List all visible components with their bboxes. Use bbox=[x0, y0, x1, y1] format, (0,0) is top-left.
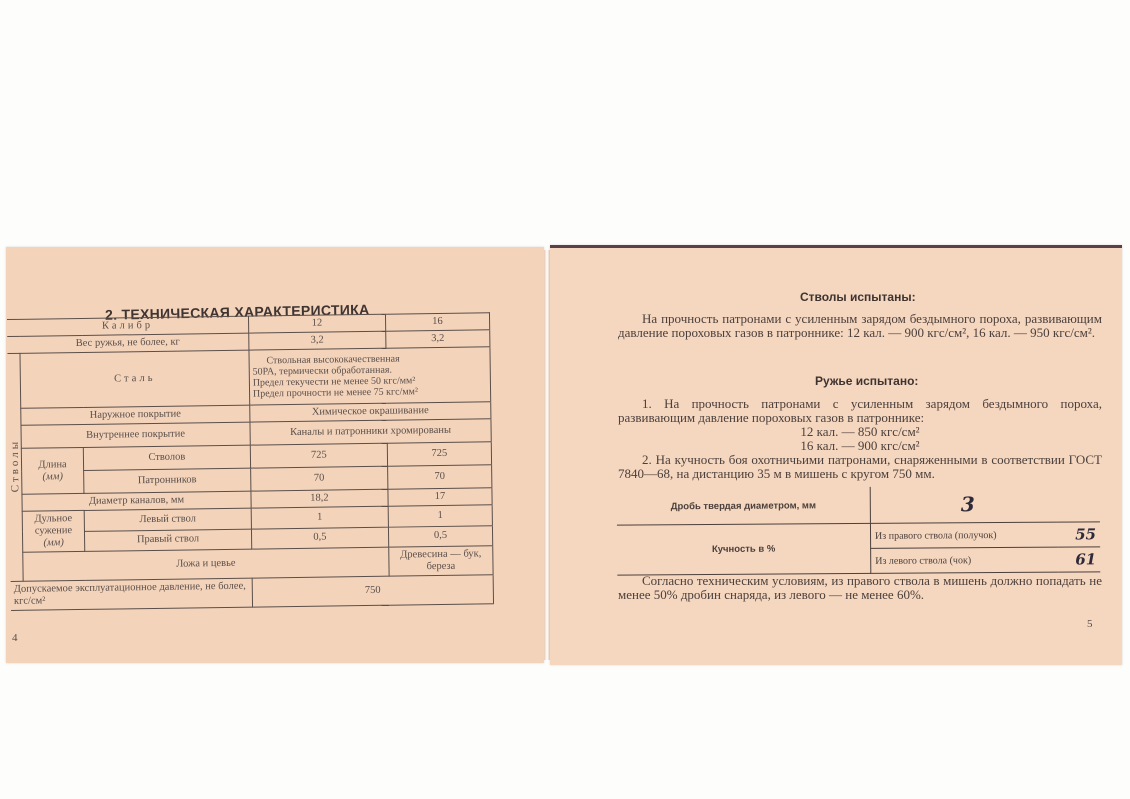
weight-12: 3,2 bbox=[249, 331, 386, 350]
left-barrel-16: 1 bbox=[388, 505, 492, 527]
table-row: Кучность в % Из правого ствола (получок)… bbox=[617, 522, 1100, 550]
caliber-12: 12 bbox=[248, 314, 385, 333]
stock-value: Древесина — бук, береза bbox=[389, 546, 494, 576]
shot-value: 3 bbox=[961, 492, 975, 516]
barrels-tested-heading: Стволы испытаны: bbox=[800, 290, 916, 304]
gun-tested-heading: Ружье испытано: bbox=[815, 374, 918, 388]
left-barrel-label: Левый ствол bbox=[84, 508, 251, 531]
page-number-right: 5 bbox=[1087, 618, 1093, 630]
pressure-value: 750 bbox=[252, 575, 494, 607]
right-barrel-label: Правый ствол bbox=[84, 529, 251, 552]
table-row: Стволы Сталь Ствольная высококачественна… bbox=[7, 347, 490, 409]
bore-16: 17 bbox=[388, 488, 492, 506]
accuracy-label: Кучность в % bbox=[617, 523, 871, 575]
footer-text: Согласно техническим условиям, из правог… bbox=[618, 574, 1102, 602]
chambers-length-16: 70 bbox=[387, 465, 491, 489]
table-row: Допускаемое эксплуатационное давление, н… bbox=[11, 575, 494, 611]
shot-label: Дробь твердая диаметром, мм bbox=[617, 487, 871, 525]
page-number-left: 4 bbox=[12, 632, 18, 644]
weight-16: 3,2 bbox=[386, 330, 490, 348]
caliber-16: 16 bbox=[385, 313, 489, 331]
steel-label: Сталь bbox=[20, 350, 250, 408]
chambers-length-label: Патронников bbox=[84, 468, 251, 493]
accuracy-table: Дробь твердая диаметром, мм 3 Кучность в… bbox=[617, 485, 1101, 575]
bore-12: 18,2 bbox=[251, 489, 388, 508]
steel-value: Ствольная высококачественная 50РА, терми… bbox=[249, 347, 491, 405]
length-label: Длина(мм) bbox=[21, 447, 84, 494]
barrels-group-label: Стволы bbox=[9, 439, 22, 493]
inner-coating-label: Внутреннее покрытие bbox=[21, 422, 250, 448]
right-barrel-accuracy-label: Из правого ствола (получок) bbox=[870, 522, 1058, 548]
gun-tested-text: 1. На прочность патронами с усиленным за… bbox=[618, 397, 1102, 481]
barrels-length-label: Стволов bbox=[83, 445, 250, 470]
right-barrel-12: 0,5 bbox=[251, 527, 388, 549]
spec-table: Калибр 12 16 Вес ружья, не более, кг 3,2… bbox=[7, 312, 494, 611]
table-row: Дробь твердая диаметром, мм 3 bbox=[617, 485, 1100, 525]
chambers-length-12: 70 bbox=[250, 466, 387, 491]
right-barrel-16: 0,5 bbox=[388, 525, 492, 547]
barrels-tested-text: На прочность патронами с усиленным заряд… bbox=[618, 312, 1102, 340]
barrels-length-16: 725 bbox=[387, 442, 491, 466]
right-barrel-accuracy-value: 55 bbox=[1075, 525, 1096, 543]
left-barrel-12: 1 bbox=[251, 506, 388, 528]
left-barrel-accuracy-value: 61 bbox=[1075, 550, 1096, 568]
barrels-length-12: 725 bbox=[250, 443, 387, 468]
pressure-label: Допускаемое эксплуатационное давление, н… bbox=[11, 578, 253, 610]
left-barrel-accuracy-label: Из левого ствола (чок) bbox=[871, 547, 1059, 573]
inner-coating-value: Каналы и патронники хромированы bbox=[250, 419, 491, 445]
choke-label: Дульное сужение(мм) bbox=[22, 510, 85, 552]
